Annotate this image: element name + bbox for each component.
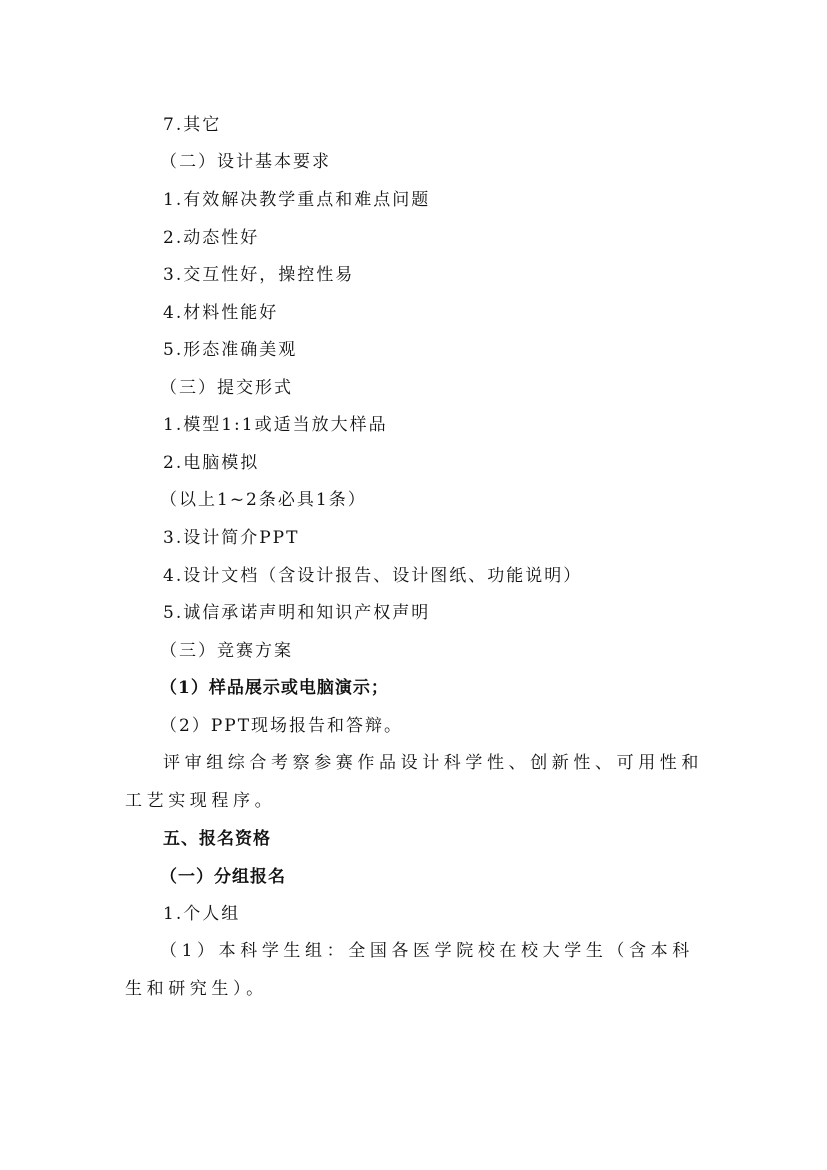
line-text: 1.个人组 bbox=[163, 903, 240, 925]
line-text: （2）PPT现场报告和答辩。 bbox=[160, 715, 403, 737]
line-text: 5.形态准确美观 bbox=[163, 339, 297, 361]
evaluation-paragraph: 评审组综合考察参赛作品设计科学性、创新性、可用性和工艺实现程序。 bbox=[125, 745, 710, 820]
line-text: 1.模型1:1或适当放大样品 bbox=[163, 414, 388, 436]
line-text: 4.材料性能好 bbox=[163, 302, 278, 324]
subsection-title-text: （一）分组报名 bbox=[160, 866, 286, 888]
line-text: （二）设计基本要求 bbox=[160, 151, 331, 173]
line-text: 7.其它 bbox=[163, 114, 221, 136]
line-text: （1）样品展示或电脑演示； bbox=[160, 677, 389, 699]
paragraph-undergrad-group: （1）本科学生组：全国各医学院校在校大学生（含本科生和研究生）。 bbox=[125, 933, 710, 1008]
line-text: 1.有效解决教学重点和难点问题 bbox=[163, 189, 430, 211]
line-text: 2.电脑模拟 bbox=[163, 452, 259, 474]
line-text: （三）提交形式 bbox=[160, 377, 293, 399]
line-text: （以上1~2条必具1条） bbox=[160, 489, 367, 511]
line-text: （三）竞赛方案 bbox=[160, 640, 293, 662]
section-title-text: 五、报名资格 bbox=[163, 828, 271, 850]
line-text: 3.交互性好，操控性易 bbox=[163, 264, 354, 286]
line-text: 4.设计文档（含设计报告、设计图纸、功能说明） bbox=[163, 565, 582, 587]
line-text: 3.设计简介PPT bbox=[163, 527, 299, 549]
line-text: 5.诚信承诺声明和知识产权声明 bbox=[163, 602, 430, 624]
line-text: 2.动态性好 bbox=[163, 227, 259, 249]
